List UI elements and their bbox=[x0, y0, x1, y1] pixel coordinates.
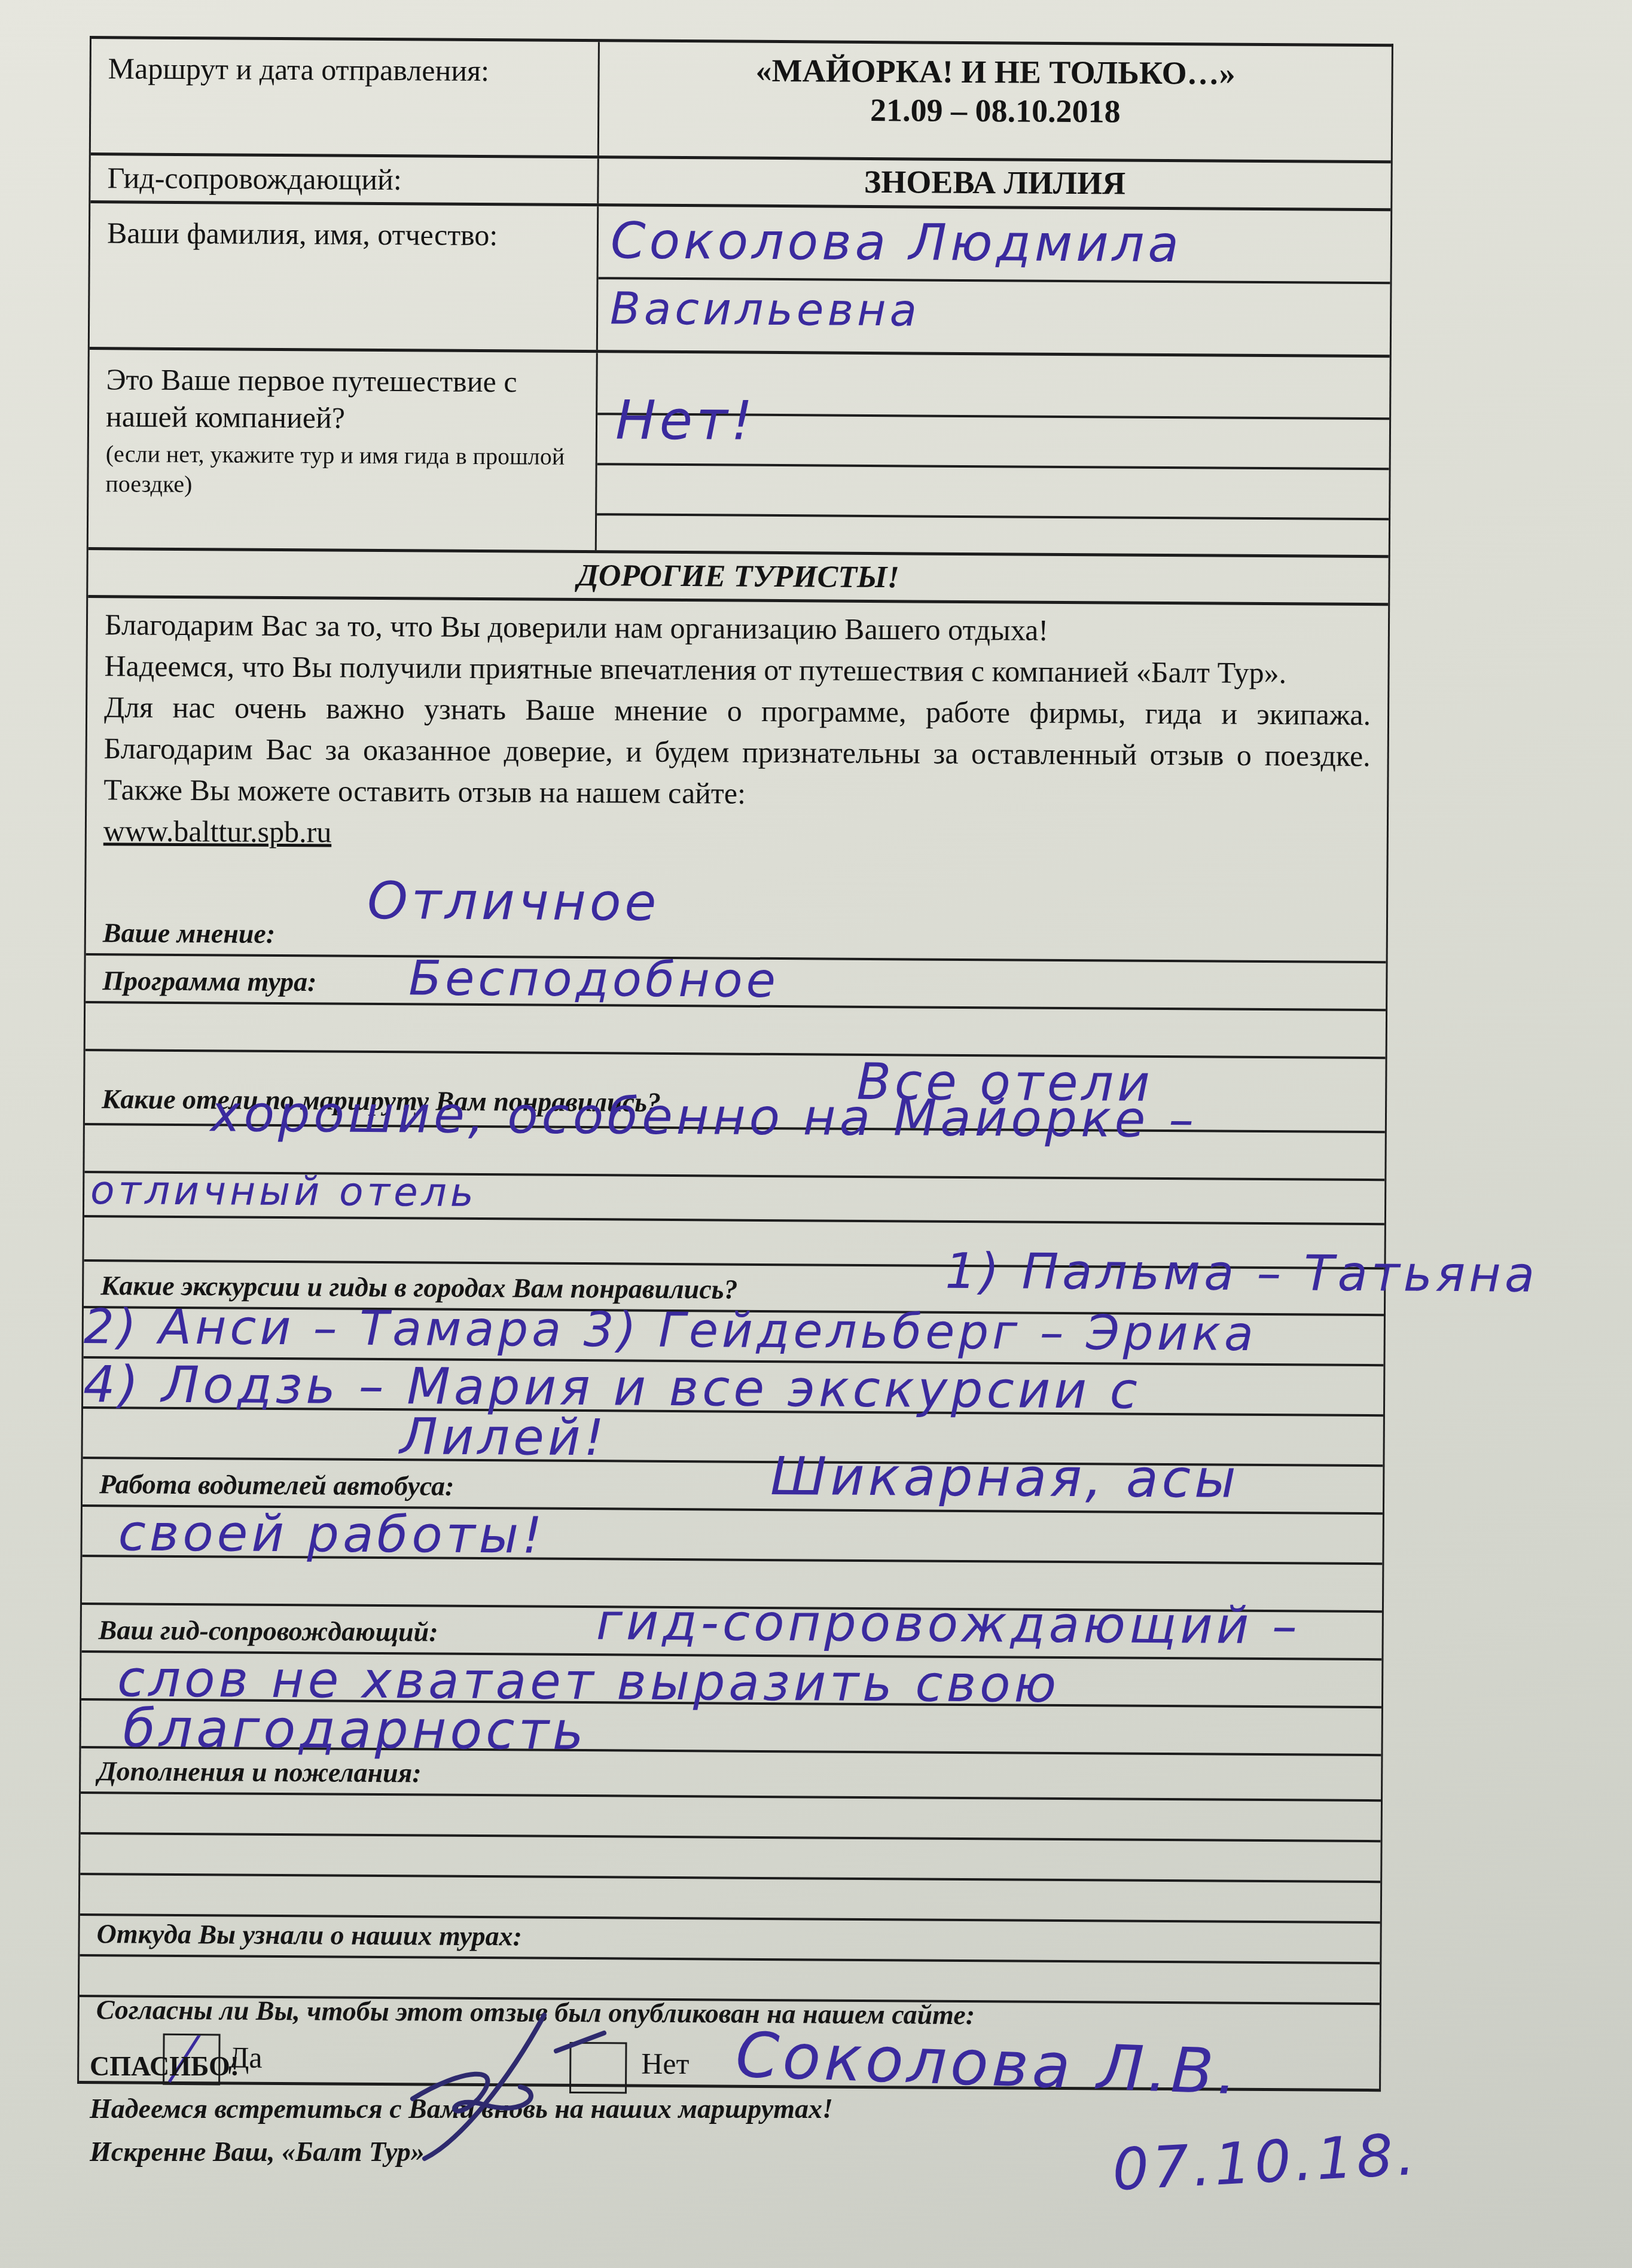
first-trip-hint: (если нет, укажите тур и имя гида в прош… bbox=[105, 439, 579, 502]
guide-name: ЗНОЕВА ЛИЛИЯ bbox=[599, 158, 1390, 208]
excursions-value-1: 1) Пальма – Татьяна bbox=[945, 1243, 1538, 1303]
feedback-form: Маршрут и дата отправления: «МАЙОРКА! И … bbox=[77, 36, 1393, 2092]
guide-row: Гид-сопровождающий: ЗНОЕВА ЛИЛИЯ bbox=[90, 155, 1390, 211]
route-row: Маршрут и дата отправления: «МАЙОРКА! И … bbox=[91, 39, 1392, 163]
name-value-line2: Васильевна bbox=[610, 283, 920, 336]
first-trip-field[interactable]: Нет! bbox=[597, 353, 1390, 555]
excursions-value-4: Лилей! bbox=[399, 1407, 608, 1467]
name-row: Ваши фамилия, имя, отчество: Соколова Лю… bbox=[90, 203, 1390, 358]
program-value: Бесподобное bbox=[408, 950, 779, 1008]
source-label: Откуда Вы узнали о наших турах: bbox=[80, 1917, 539, 1952]
intro-p2: Надеемся, что Вы получили приятные впеча… bbox=[104, 645, 1371, 694]
website-link[interactable]: www.balttur.spb.ru bbox=[103, 814, 332, 848]
program-label: Программа тура: bbox=[86, 964, 333, 997]
guide-line-3[interactable]: благодарность bbox=[81, 1700, 1381, 1756]
opinion-label: Ваше мнение: bbox=[86, 916, 292, 949]
drivers-line-2[interactable]: своей работы! bbox=[82, 1506, 1382, 1564]
hotels-value-2: хорошие, особенно на Майорке – bbox=[211, 1084, 1198, 1149]
opinion-line[interactable]: Ваше мнение: Отличное bbox=[86, 869, 1387, 963]
program-line-2[interactable] bbox=[86, 1003, 1386, 1058]
additions-line[interactable]: Дополнения и пожелания: bbox=[81, 1748, 1381, 1801]
intro-text: Благодарим Вас за то, что Вы доверили на… bbox=[86, 598, 1388, 877]
route-label: Маршрут и дата отправления: bbox=[91, 39, 600, 155]
intro-p3: Для нас очень важно узнать Ваше мнение о… bbox=[103, 686, 1371, 818]
first-trip-value: Нет! bbox=[615, 389, 756, 452]
signature-scribble-icon bbox=[389, 2009, 748, 2165]
drivers-label: Работа водителей автобуса: bbox=[83, 1467, 471, 1501]
name-label: Ваши фамилия, имя, отчество: bbox=[90, 203, 599, 350]
excursions-line-3[interactable]: 4) Лодзь – Мария и все экскурсии с bbox=[83, 1358, 1383, 1416]
tour-title: «МАЙОРКА! И НЕ ТОЛЬКО…» bbox=[599, 50, 1391, 94]
name-field[interactable]: Соколова Людмила Васильевна bbox=[598, 206, 1390, 355]
intro-p1: Благодарим Вас за то, что Вы доверили на… bbox=[105, 604, 1371, 653]
guide-value-1: гид-сопровождающий – bbox=[596, 1592, 1301, 1655]
opinion-value: Отличное bbox=[367, 871, 660, 932]
guide-label: Гид-сопровождающий: bbox=[90, 155, 599, 203]
additions-label: Дополнения и пожелания: bbox=[81, 1754, 438, 1788]
hotels-value-3: отличный отель bbox=[90, 1167, 477, 1216]
first-trip-label-cell: Это Ваше первое путешествие с нашей комп… bbox=[89, 350, 598, 550]
first-trip-label: Это Ваше первое путешествие с нашей комп… bbox=[106, 361, 579, 438]
signature-date: 07.10.18. bbox=[1111, 2121, 1420, 2204]
drivers-value-1: Шикарная, асы bbox=[770, 1445, 1240, 1509]
intro-heading: ДОРОГИЕ ТУРИСТЫ! bbox=[88, 550, 1388, 606]
excursions-value-2: 2) Анси – Тамара 3) Гейдельберг – Эрика bbox=[84, 1298, 1258, 1361]
drivers-value-2: своей работы! bbox=[118, 1503, 546, 1564]
header-table: Маршрут и дата отправления: «МАЙОРКА! И … bbox=[77, 36, 1393, 2092]
hotels-line-3[interactable]: отличный отель bbox=[84, 1173, 1384, 1225]
name-value-line1: Соколова Людмила bbox=[611, 211, 1183, 273]
tour-dates: 21.09 – 08.10.2018 bbox=[599, 89, 1391, 133]
first-trip-row: Это Ваше первое путешествие с нашей комп… bbox=[89, 350, 1390, 558]
route-value: «МАЙОРКА! И НЕ ТОЛЬКО…» 21.09 – 08.10.20… bbox=[599, 42, 1392, 160]
guide-feedback-label: Ваш гид-сопровождающий: bbox=[82, 1613, 455, 1647]
program-line[interactable]: Программа тура: Бесподобное bbox=[86, 955, 1386, 1011]
